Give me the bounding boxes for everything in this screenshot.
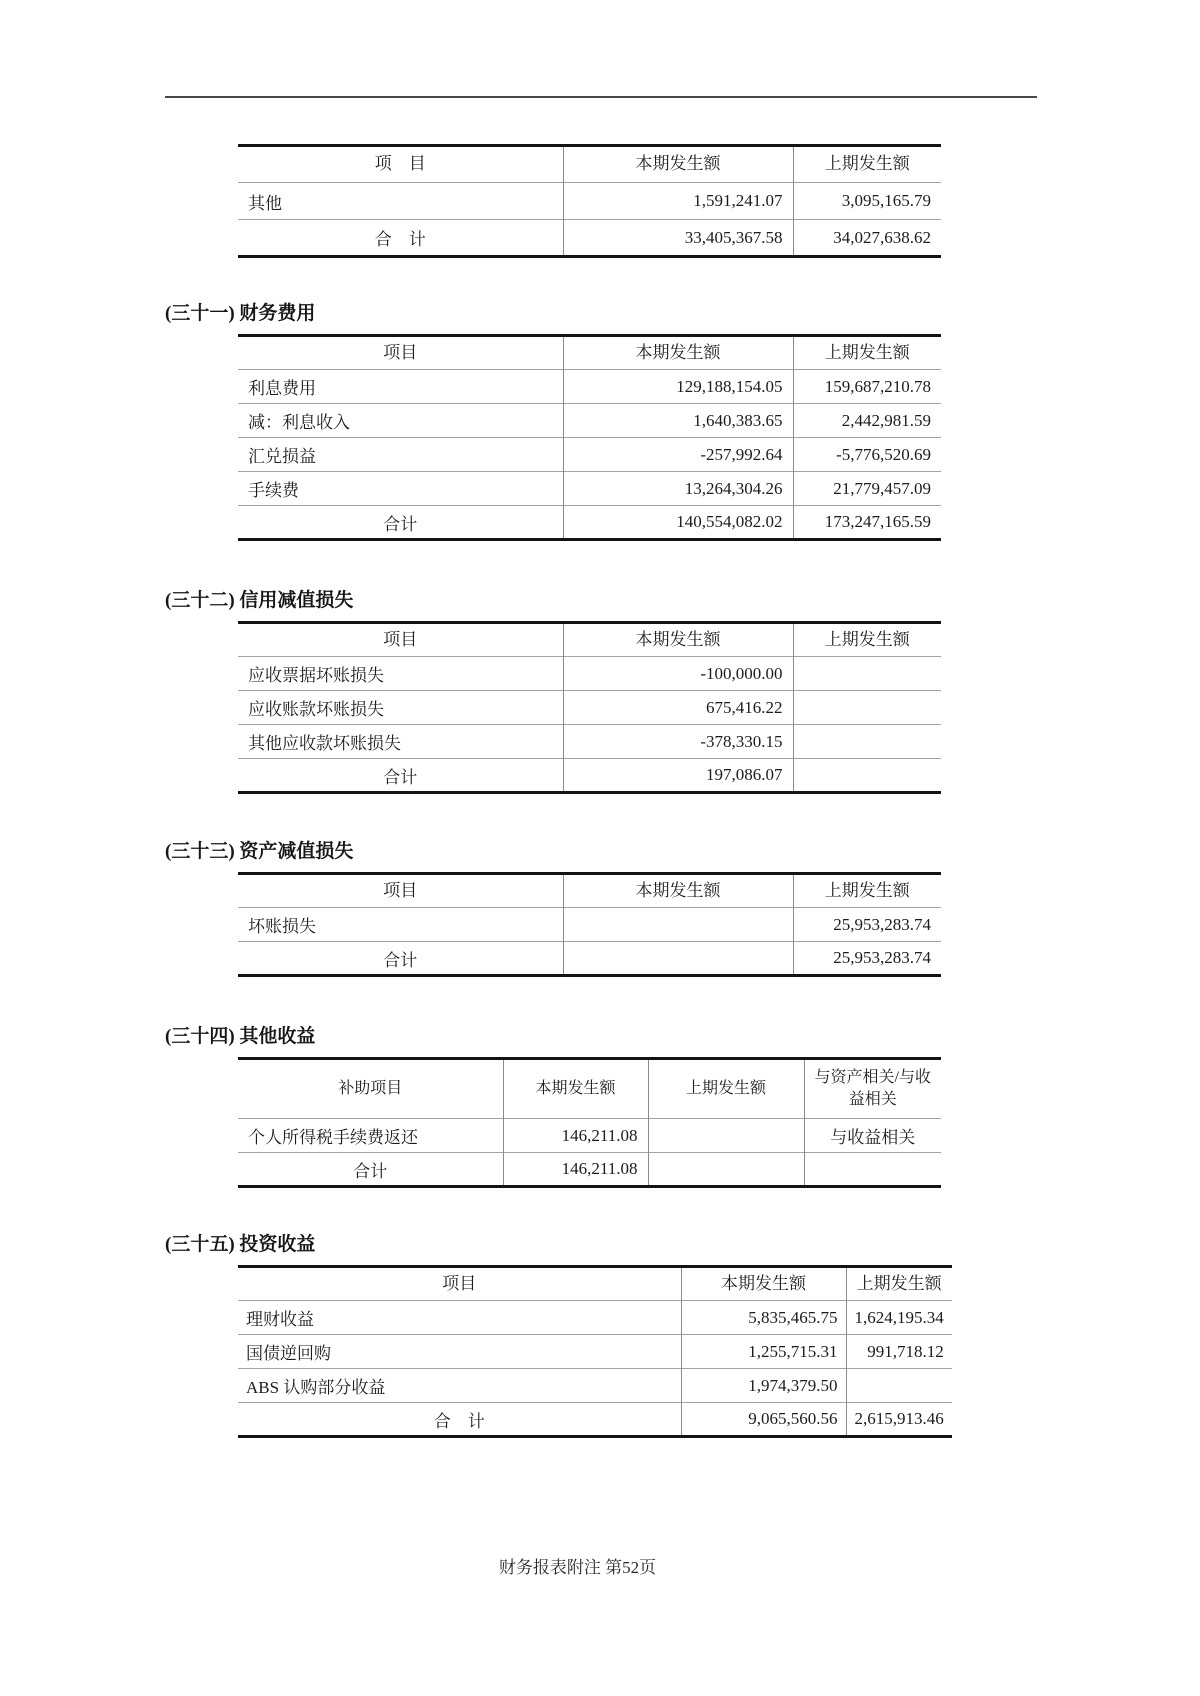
column-header: 项目	[238, 1267, 681, 1301]
table-row: 应收票据坏账损失-100,000.00	[238, 657, 941, 691]
cell	[648, 1153, 804, 1187]
cell: 其他应收款坏账损失	[238, 725, 563, 759]
column-header: 项目	[238, 623, 563, 657]
column-header: 本期发生额	[503, 1059, 648, 1119]
cell: 3,095,165.79	[793, 183, 941, 220]
total-row: 合计140,554,082.02173,247,165.59	[238, 506, 941, 540]
cell: 25,953,283.74	[793, 942, 941, 976]
table-row: 个人所得税手续费返还146,211.08与收益相关	[238, 1119, 941, 1153]
cell: 理财收益	[238, 1301, 681, 1335]
column-header: 本期发生额	[563, 146, 793, 183]
column-header: 项目	[238, 336, 563, 370]
cell: 合 计	[238, 1403, 681, 1437]
table-row: 国债逆回购1,255,715.31991,718.12	[238, 1335, 952, 1369]
cell: 与收益相关	[804, 1119, 941, 1153]
column-header: 本期发生额	[563, 623, 793, 657]
cell: 1,255,715.31	[681, 1335, 846, 1369]
table-row: 理财收益5,835,465.751,624,195.34	[238, 1301, 952, 1335]
page-footer: 财务报表附注 第52页	[0, 1556, 1200, 1580]
total-row: 合 计9,065,560.562,615,913.46	[238, 1403, 952, 1437]
cell	[793, 691, 941, 725]
cell: 个人所得税手续费返还	[238, 1119, 503, 1153]
column-header: 上期发生额	[793, 146, 941, 183]
cell: 手续费	[238, 472, 563, 506]
cell: 5,835,465.75	[681, 1301, 846, 1335]
cell: 34,027,638.62	[793, 220, 941, 257]
cell: 140,554,082.02	[563, 506, 793, 540]
table-header-row: 项目本期发生额上期发生额	[238, 1267, 952, 1301]
cell	[793, 759, 941, 793]
section-heading-asset-impairment-losses: (三十三) 资产减值损失	[165, 840, 1200, 864]
cell: 33,405,367.58	[563, 220, 793, 257]
table-header-row: 项目本期发生额上期发生额	[238, 874, 941, 908]
column-header: 上期发生额	[793, 874, 941, 908]
table-header-row: 项目本期发生额上期发生额	[238, 336, 941, 370]
table-investment-income: 项目本期发生额上期发生额理财收益5,835,465.751,624,195.34…	[238, 1265, 952, 1438]
cell: 146,211.08	[503, 1153, 648, 1187]
column-header: 上期发生额	[648, 1059, 804, 1119]
cell	[563, 942, 793, 976]
table-row: 坏账损失25,953,283.74	[238, 908, 941, 942]
cell: 146,211.08	[503, 1119, 648, 1153]
cell: -257,992.64	[563, 438, 793, 472]
cell: 129,188,154.05	[563, 370, 793, 404]
cell: 合计	[238, 942, 563, 976]
cell: 其他	[238, 183, 563, 220]
column-header: 上期发生额	[793, 336, 941, 370]
cell: ABS 认购部分收益	[238, 1369, 681, 1403]
total-row: 合计25,953,283.74	[238, 942, 941, 976]
table-row: 其他应收款坏账损失-378,330.15	[238, 725, 941, 759]
cell: 2,615,913.46	[846, 1403, 952, 1437]
column-header: 项 目	[238, 146, 563, 183]
page-header-rule	[165, 96, 1037, 98]
column-header: 与资产相关/与收益相关	[804, 1059, 941, 1119]
total-row: 合 计33,405,367.5834,027,638.62	[238, 220, 941, 257]
column-header: 本期发生额	[563, 874, 793, 908]
table-continuation: 项 目本期发生额上期发生额其他1,591,241.073,095,165.79合…	[238, 144, 941, 258]
cell: 1,640,383.65	[563, 404, 793, 438]
table-row: 应收账款坏账损失675,416.22	[238, 691, 941, 725]
cell: 1,974,379.50	[681, 1369, 846, 1403]
table-row: 手续费13,264,304.2621,779,457.09	[238, 472, 941, 506]
table-other-income: 补助项目本期发生额上期发生额与资产相关/与收益相关个人所得税手续费返还146,2…	[238, 1057, 941, 1188]
cell: 13,264,304.26	[563, 472, 793, 506]
column-header: 上期发生额	[793, 623, 941, 657]
table-row: 汇兑损益-257,992.64-5,776,520.69	[238, 438, 941, 472]
cell: 675,416.22	[563, 691, 793, 725]
cell: 应收票据坏账损失	[238, 657, 563, 691]
cell: 173,247,165.59	[793, 506, 941, 540]
cell: 991,718.12	[846, 1335, 952, 1369]
cell: 减：利息收入	[238, 404, 563, 438]
table-header-row: 项 目本期发生额上期发生额	[238, 146, 941, 183]
cell: 合计	[238, 506, 563, 540]
table-header-row: 项目本期发生额上期发生额	[238, 623, 941, 657]
table-row: 减：利息收入1,640,383.652,442,981.59	[238, 404, 941, 438]
cell: 1,591,241.07	[563, 183, 793, 220]
table-row: 其他1,591,241.073,095,165.79	[238, 183, 941, 220]
section-heading-other-income: (三十四) 其他收益	[165, 1025, 1200, 1049]
total-row: 合计146,211.08	[238, 1153, 941, 1187]
table-credit-impairment-losses: 项目本期发生额上期发生额应收票据坏账损失-100,000.00应收账款坏账损失6…	[238, 621, 941, 794]
column-header: 补助项目	[238, 1059, 503, 1119]
cell: 9,065,560.56	[681, 1403, 846, 1437]
cell: 1,624,195.34	[846, 1301, 952, 1335]
column-header: 项目	[238, 874, 563, 908]
document-page: 项 目本期发生额上期发生额其他1,591,241.073,095,165.79合…	[0, 0, 1200, 1696]
cell	[804, 1153, 941, 1187]
cell: -5,776,520.69	[793, 438, 941, 472]
cell: 国债逆回购	[238, 1335, 681, 1369]
cell	[846, 1369, 952, 1403]
cell: 197,086.07	[563, 759, 793, 793]
cell: 合 计	[238, 220, 563, 257]
table-asset-impairment-losses: 项目本期发生额上期发生额坏账损失25,953,283.74合计25,953,28…	[238, 872, 941, 977]
table-row: ABS 认购部分收益1,974,379.50	[238, 1369, 952, 1403]
cell: 利息费用	[238, 370, 563, 404]
cell: -378,330.15	[563, 725, 793, 759]
column-header: 上期发生额	[846, 1267, 952, 1301]
section-heading-financial-expenses: (三十一) 财务费用	[165, 302, 1200, 326]
table-header-row: 补助项目本期发生额上期发生额与资产相关/与收益相关	[238, 1059, 941, 1119]
cell: 合计	[238, 1153, 503, 1187]
cell: 2,442,981.59	[793, 404, 941, 438]
section-heading-credit-impairment-losses: (三十二) 信用减值损失	[165, 589, 1200, 613]
cell: 25,953,283.74	[793, 908, 941, 942]
cell	[648, 1119, 804, 1153]
cell: 21,779,457.09	[793, 472, 941, 506]
column-header: 本期发生额	[681, 1267, 846, 1301]
cell: 汇兑损益	[238, 438, 563, 472]
cell	[793, 657, 941, 691]
total-row: 合计197,086.07	[238, 759, 941, 793]
cell: 159,687,210.78	[793, 370, 941, 404]
cell: -100,000.00	[563, 657, 793, 691]
cell: 应收账款坏账损失	[238, 691, 563, 725]
cell: 合计	[238, 759, 563, 793]
cell	[793, 725, 941, 759]
column-header: 本期发生额	[563, 336, 793, 370]
cell: 坏账损失	[238, 908, 563, 942]
cell	[563, 908, 793, 942]
section-heading-investment-income: (三十五) 投资收益	[165, 1233, 1200, 1257]
table-row: 利息费用129,188,154.05159,687,210.78	[238, 370, 941, 404]
table-financial-expenses: 项目本期发生额上期发生额利息费用129,188,154.05159,687,21…	[238, 334, 941, 541]
